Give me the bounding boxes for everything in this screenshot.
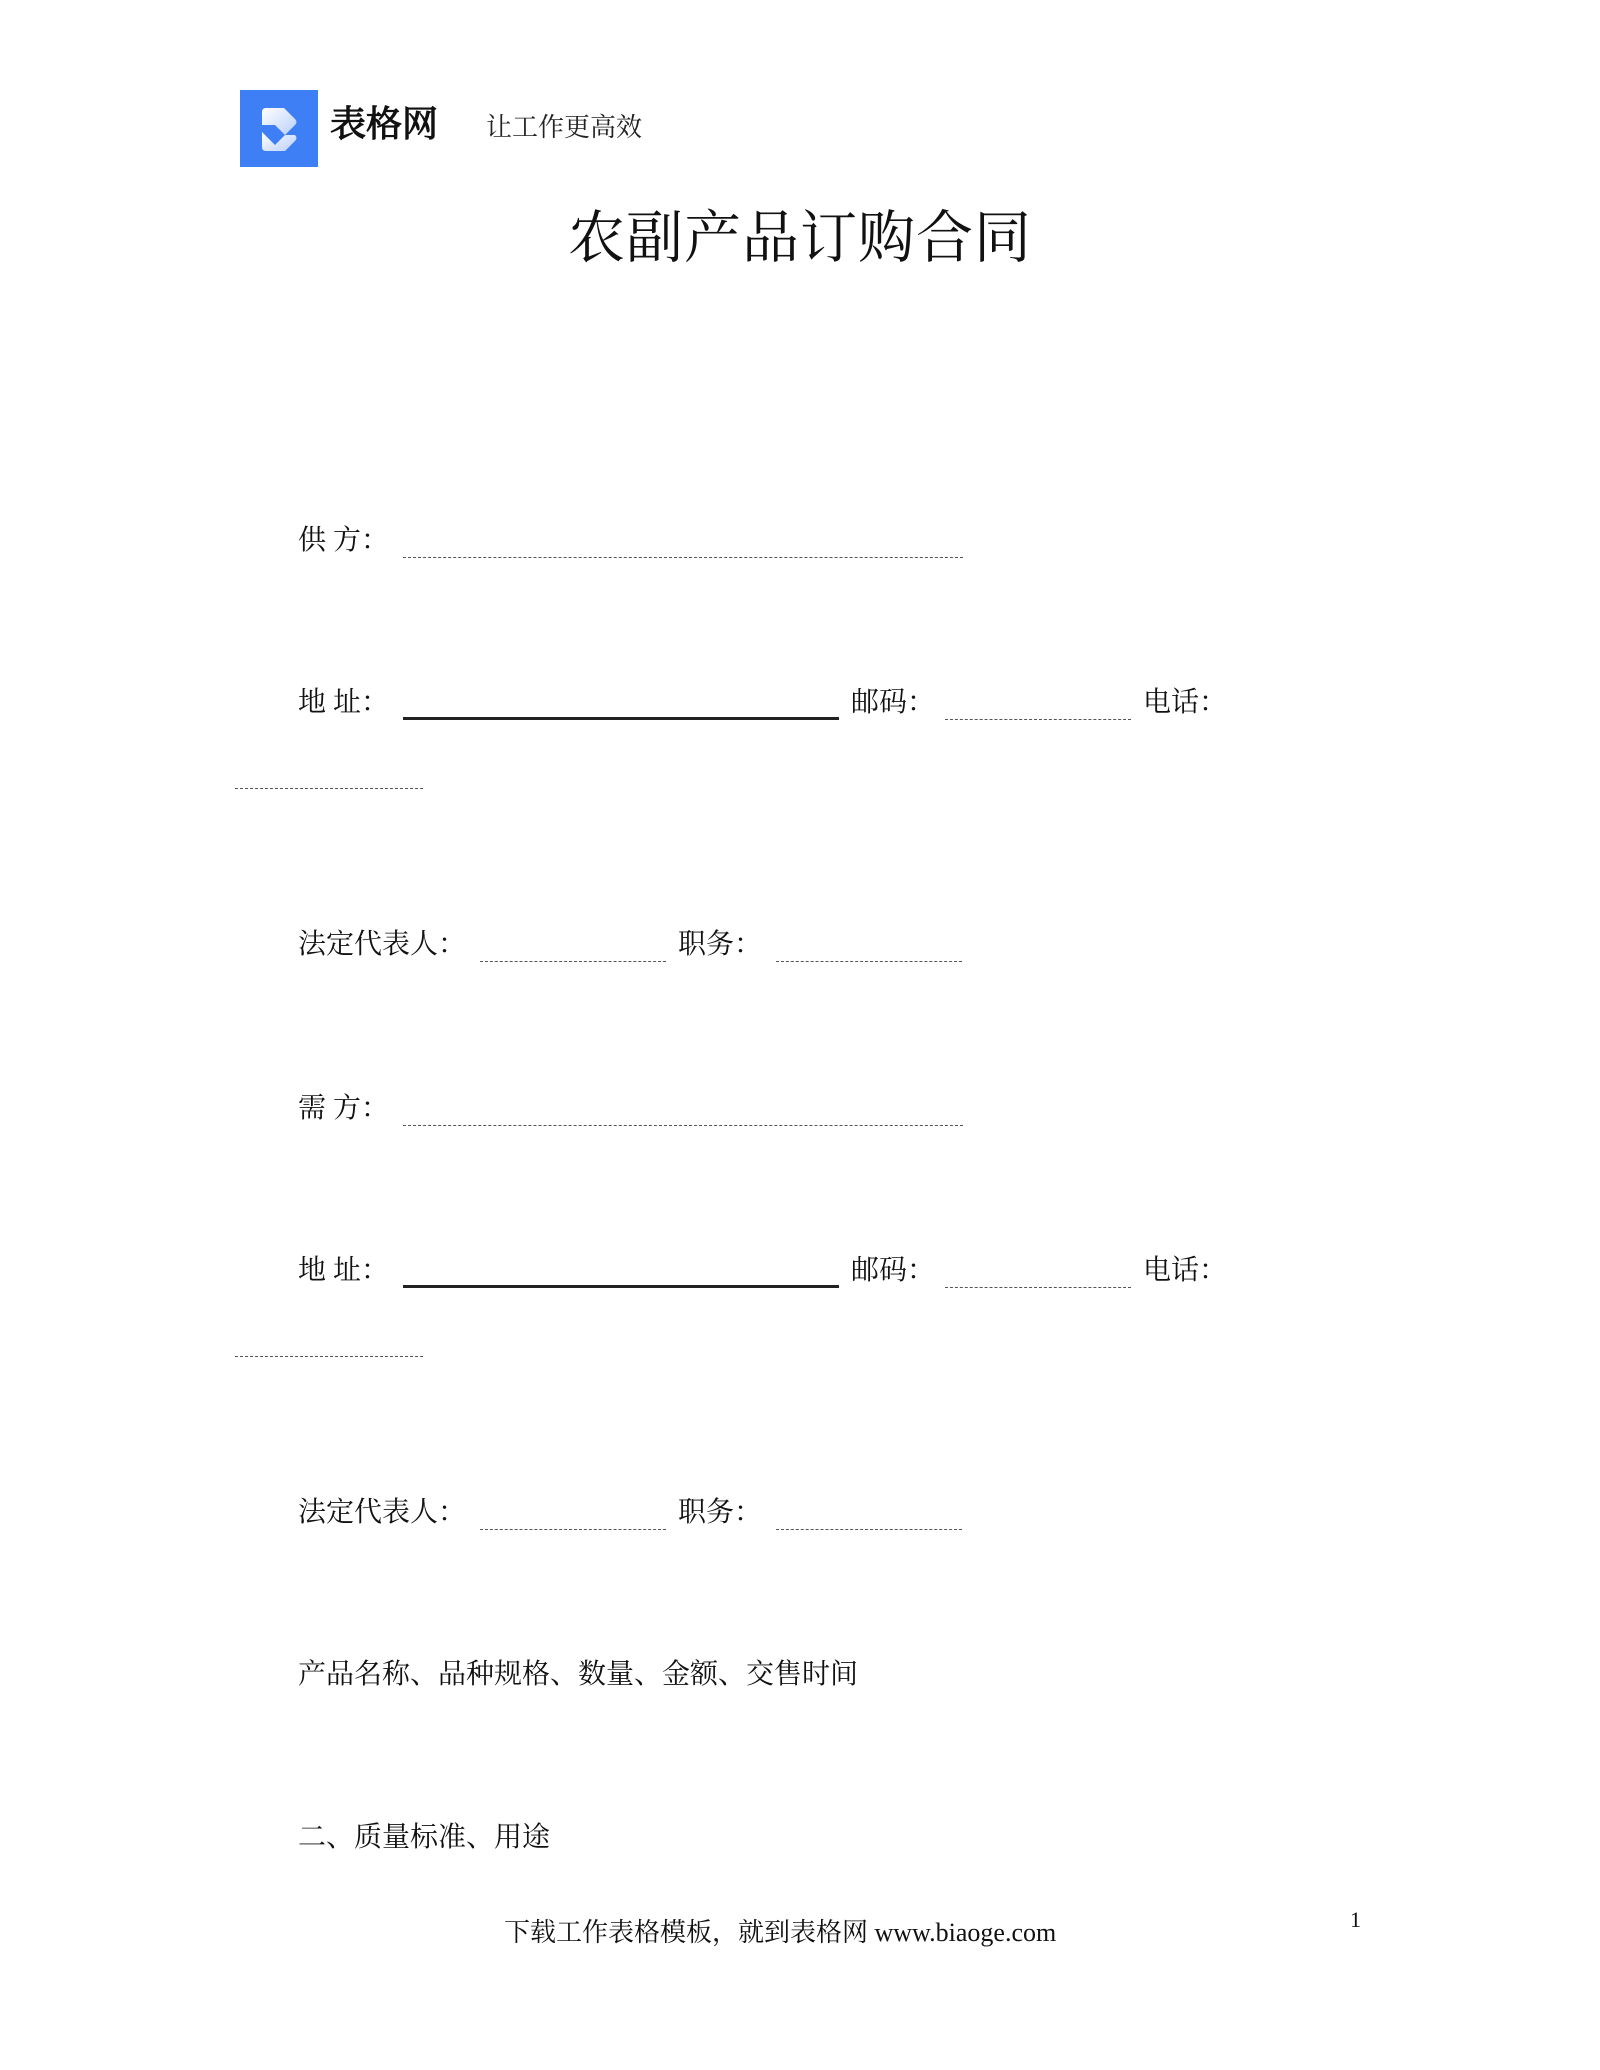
footer-text: 下载工作表格模板，就到表格网 www.biaoge.com [504,1912,1056,1949]
page-number: 1 [1350,1907,1361,1933]
buyer-address-row: 地 址： 邮码： 电话： [298,1248,1227,1288]
buyer-row: 需 方： [298,1086,975,1126]
supplier-position-field[interactable] [776,935,962,962]
buyer-postcode-field[interactable] [945,1261,1131,1288]
buyer-legal-rep-row: 法定代表人： 职务： [298,1490,974,1530]
buyer-phone-label: 电话： [1143,1248,1227,1288]
supplier-postcode-field[interactable] [945,693,1131,720]
section-product-info: 产品名称、品种规格、数量、金额、交售时间 [298,1652,858,1692]
document-title: 农副产品订购合同 [0,192,1600,274]
supplier-postcode-label: 邮码： [851,680,935,720]
buyer-name-field[interactable] [403,1099,963,1126]
buyer-address-field[interactable] [403,1259,839,1288]
supplier-position-label: 职务： [678,922,762,962]
buyer-label: 需 方： [298,1086,389,1126]
buyer-phone-field[interactable] [235,1354,423,1357]
supplier-legal-rep-row: 法定代表人： 职务： [298,922,974,962]
buyer-legal-rep-label: 法定代表人： [298,1490,466,1530]
supplier-row: 供 方： [298,518,975,558]
buyer-position-field[interactable] [776,1503,962,1530]
supplier-legal-rep-label: 法定代表人： [298,922,466,962]
supplier-address-field[interactable] [403,691,839,720]
biaoge-logo-icon [240,90,318,167]
supplier-phone-field[interactable] [235,786,423,789]
section-quality-standard: 二、质量标准、用途 [298,1815,550,1855]
supplier-address-label: 地 址： [298,680,389,720]
brand-slogan: 让工作更高效 [486,107,642,144]
buyer-postcode-label: 邮码： [851,1248,935,1288]
brand-name: 表格网 [330,96,438,147]
supplier-legal-rep-field[interactable] [480,935,666,962]
buyer-address-label: 地 址： [298,1248,389,1288]
logo [240,90,318,167]
buyer-legal-rep-field[interactable] [480,1503,666,1530]
supplier-phone-label: 电话： [1143,680,1227,720]
buyer-position-label: 职务： [678,1490,762,1530]
supplier-name-field[interactable] [403,531,963,558]
supplier-label: 供 方： [298,518,389,558]
supplier-address-row: 地 址： 邮码： 电话： [298,680,1227,720]
